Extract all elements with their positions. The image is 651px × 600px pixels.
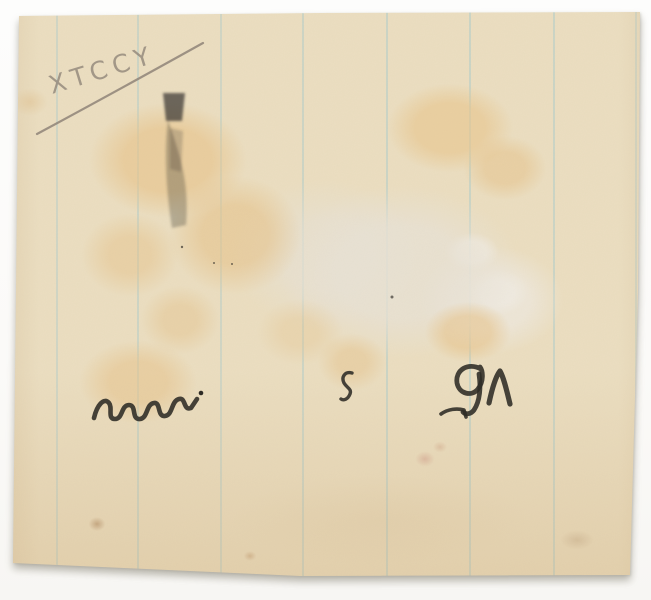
ink-offset-cursive: [94, 391, 203, 419]
paper-sheet: XTCCY: [0, 0, 651, 600]
graphite-smudge: [163, 93, 187, 228]
ink-specks: [181, 246, 394, 299]
handwriting-layer: XTCCY: [0, 0, 651, 600]
ink-dot: [199, 391, 204, 396]
paper-shadow-wrap: XTCCY: [0, 0, 651, 600]
photo-backdrop: XTCCY: [0, 0, 651, 600]
pencil-inscription: XTCCY: [45, 40, 159, 100]
ink-offset-curl: [341, 373, 352, 400]
ink-offset-numero: [441, 366, 510, 417]
